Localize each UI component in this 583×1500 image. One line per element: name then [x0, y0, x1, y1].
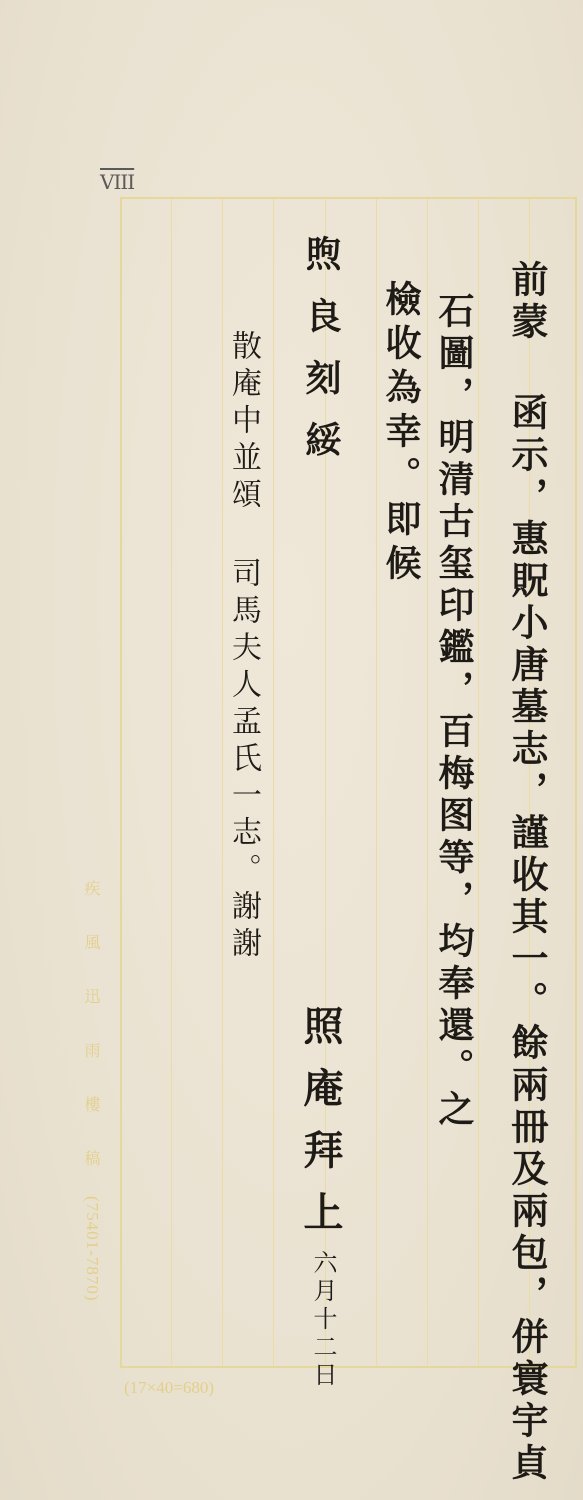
letter-column-1: 前蒙 函示，惠貺小唐墓志，謹收其一。餘兩冊及兩包，併寰宇貞 [508, 260, 545, 1485]
grid-line [478, 199, 479, 1366]
grid-line [222, 199, 223, 1366]
grid-line [376, 199, 377, 1366]
letter-date: 六月十二日 [311, 1250, 335, 1390]
paper-code-label: (75401-7870) [82, 1196, 102, 1301]
grid-line [427, 199, 428, 1366]
letter-column-3: 檢收為幸。即候 [383, 280, 419, 588]
grid-line [273, 199, 274, 1366]
manuscript-paper: VIII 前蒙 函示，惠貺小唐墓志，謹收其一。餘兩冊及兩包，併寰宇貞 石圖，明清… [0, 0, 583, 1500]
recipient-name: 煦良刻綏 [303, 235, 339, 483]
grid-line [171, 199, 172, 1366]
paper-brand-label: 疾風迅雨樓稿 [80, 880, 103, 1204]
letter-column-2: 石圖，明清古玺印鑑，百梅图等，均奉還。之 [436, 292, 472, 1132]
letter-postscript: 散庵中並頌 司馬夫人孟氏一志。謝謝 [228, 330, 258, 964]
page-number: VIII [100, 170, 134, 194]
grid-size-label: (17×40=680) [124, 1378, 214, 1398]
signature: 照庵拜上 [300, 1005, 340, 1253]
